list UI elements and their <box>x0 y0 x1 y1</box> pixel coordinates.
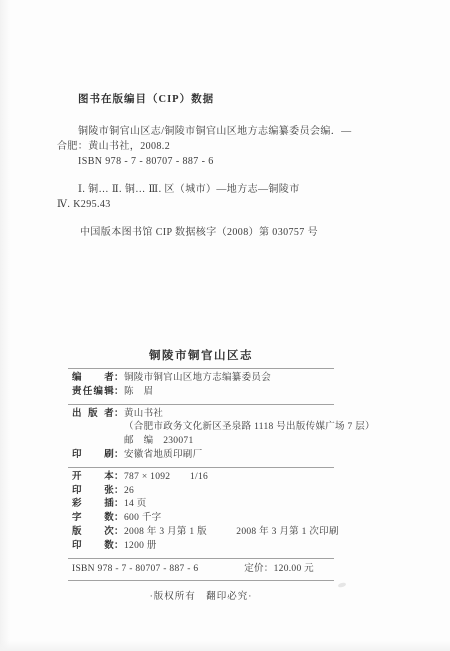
row-label: 出 版 者 <box>72 408 114 422</box>
row-value: 2008 年 3 月第 1 版 2008 年 3 月第 1 次印刷 <box>124 526 339 540</box>
row-colon: ： <box>114 526 124 540</box>
row-label: 编 者 <box>72 372 114 386</box>
colophon-row-color-inserts: 彩 插 ： 14 页 <box>68 498 334 512</box>
row-label: 责任编辑 <box>72 386 114 400</box>
row-value: 黄山书社 <box>124 408 334 422</box>
cip-isbn-line: ISBN 978 - 7 - 80707 - 887 - 6 <box>57 154 399 169</box>
colophon-row-word-count: 字 数 ： 600 千字 <box>68 512 334 526</box>
colophon-row-publisher-address: （合肥市政务文化新区圣泉路 1118 号出版传媒广场 7 层） <box>68 421 334 435</box>
colophon-row-format: 开 本 ： 787 × 1092 1/16 <box>68 471 334 485</box>
colophon-isbn-price-row: ISBN 978 - 7 - 80707 - 887 - 6 定价：120.00… <box>68 559 334 581</box>
colophon-row-postcode: 邮 编 230071 <box>68 435 334 449</box>
row-value: 铜陵市铜官山区地方志编纂委员会 <box>124 372 334 386</box>
row-value: 787 × 1092 1/16 <box>124 471 334 485</box>
price-label: 定价：120.00 元 <box>244 562 314 576</box>
cip-entry-line: 铜陵市铜官山区志/铜陵市铜官山区地方志编纂委员会编．— <box>57 124 399 139</box>
scan-edge-bottom <box>0 641 450 651</box>
row-value: 陈 眉 <box>124 386 334 400</box>
colophon-publisher-section: 出 版 者 ： 黄山书社 （合肥市政务文化新区圣泉路 1118 号出版传媒广场 … <box>68 405 334 468</box>
cip-classification-line: Ⅳ. K295.43 <box>57 197 399 212</box>
colophon-editorial-section: 编 者 ： 铜陵市铜官山区地方志编纂委员会 责任编辑 ： 陈 眉 <box>68 369 334 405</box>
row-label <box>72 421 114 435</box>
cip-heading: 图书在版编目（CIP）数据 <box>57 92 399 107</box>
row-value: 1200 册 <box>124 540 334 554</box>
spacer <box>57 169 399 182</box>
row-value: 26 <box>124 485 334 499</box>
row-value: 邮 编 230071 <box>124 435 334 449</box>
colophon-row-sheets: 印 张 ： 26 <box>68 485 334 499</box>
row-value: （合肥市政务文化新区圣泉路 1118 号出版传媒广场 7 层） <box>124 421 375 435</box>
cip-classification-line: Ⅰ. 铜… Ⅱ. 铜… Ⅲ. 区（城市）—地方志—铜陵市 <box>57 182 399 197</box>
row-value: 安徽省地质印刷厂 <box>124 449 334 463</box>
row-label: 版 次 <box>72 526 114 540</box>
row-label: 字 数 <box>72 512 114 526</box>
row-colon: ： <box>114 498 124 512</box>
colophon-printing-section: 开 本 ： 787 × 1092 1/16 印 张 ： 26 彩 插 ： 14 … <box>68 468 334 559</box>
row-label: 彩 插 <box>72 498 114 512</box>
row-colon: ： <box>114 386 124 400</box>
cip-record-number: 中国版本图书馆 CIP 数据核字（2008）第 030757 号 <box>57 225 399 240</box>
colophon-row-print-run: 印 数 ： 1200 册 <box>68 540 334 554</box>
row-colon <box>114 435 124 449</box>
row-value: 14 页 <box>124 498 334 512</box>
row-label: 印 数 <box>72 540 114 554</box>
row-label <box>72 435 114 449</box>
row-colon: ： <box>114 372 124 386</box>
spacer <box>57 212 399 225</box>
row-colon: ： <box>114 471 124 485</box>
book-copyright-page: { "cip": { "heading": "图书在版编目（CIP）数据", "… <box>0 0 450 651</box>
colophon-row-edition: 版 次 ： 2008 年 3 月第 1 版 2008 年 3 月第 1 次印刷 <box>68 526 334 540</box>
row-label: 印 刷 <box>72 449 114 463</box>
cip-block: 图书在版编目（CIP）数据 铜陵市铜官山区志/铜陵市铜官山区地方志编纂委员会编．… <box>57 92 399 240</box>
row-value: 600 千字 <box>124 512 334 526</box>
book-title: 铜陵市铜官山区志 <box>68 347 334 369</box>
scan-edge-left <box>0 0 10 651</box>
colophon-row-printer: 印 刷 ： 安徽省地质印刷厂 <box>68 449 334 463</box>
row-label: 印 张 <box>72 485 114 499</box>
colophon-row-publisher: 出 版 者 ： 黄山书社 <box>68 408 334 422</box>
row-colon: ： <box>114 512 124 526</box>
row-label: 开 本 <box>72 471 114 485</box>
colophon-block: 铜陵市铜官山区志 编 者 ： 铜陵市铜官山区地方志编纂委员会 责任编辑 ： 陈 … <box>68 347 334 602</box>
isbn-number: ISBN 978 - 7 - 80707 - 887 - 6 <box>72 562 198 576</box>
row-colon: ： <box>114 485 124 499</box>
row-colon: ： <box>114 540 124 554</box>
row-colon: ： <box>114 408 124 422</box>
colophon-row-editor: 编 者 ： 铜陵市铜官山区地方志编纂委员会 <box>68 372 334 386</box>
cip-entry-line: 合肥：黄山书社，2008.2 <box>57 139 399 154</box>
row-colon <box>114 421 124 435</box>
copyright-notice: ·版权所有 翻印必究· <box>68 588 334 602</box>
scan-artifact <box>338 582 347 588</box>
row-colon: ： <box>114 449 124 463</box>
colophon-row-responsible-editor: 责任编辑 ： 陈 眉 <box>68 386 334 400</box>
